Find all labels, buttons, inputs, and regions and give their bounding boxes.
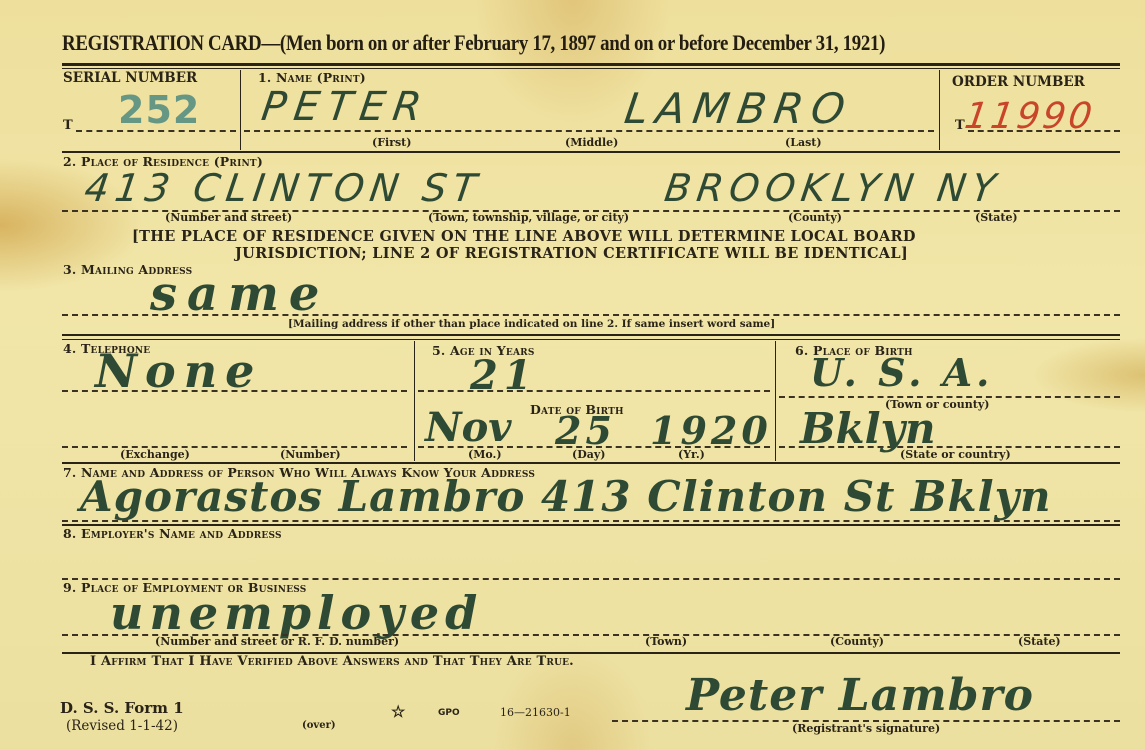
caption-middle: (Middle) <box>565 136 618 149</box>
residence-town-value: BROOKLYN NY <box>662 166 1004 210</box>
caption-exchange: (Exchange) <box>120 448 190 461</box>
employment-value: unemployed <box>110 586 483 640</box>
divider <box>414 341 415 461</box>
caption-state: (State) <box>975 211 1018 224</box>
print-code: 16—21630-1 <box>500 706 571 719</box>
caption-day: (Day) <box>572 448 605 461</box>
divider <box>62 63 1120 66</box>
divider <box>775 341 776 461</box>
caption-last: (Last) <box>785 136 822 149</box>
divider <box>240 70 241 150</box>
card-title: REGISTRATION CARD—(Men born on or after … <box>62 30 885 56</box>
mailing-caption: [Mailing address if other than place ind… <box>288 318 775 330</box>
birthplace-state-value: Bklyn <box>800 404 936 453</box>
caption-emp-county: (County) <box>830 635 884 648</box>
divider <box>62 462 1120 464</box>
order-number-label: ORDER NUMBER <box>952 74 1085 90</box>
star-icon: ☆ <box>391 702 405 721</box>
first-name-value: PETER <box>259 84 432 130</box>
order-number-value: 11990 <box>962 96 1097 137</box>
caption-yr: (Yr.) <box>678 448 705 461</box>
gpo-mark: GPO <box>438 708 460 718</box>
last-name-value: LAMBRO <box>622 84 856 133</box>
form-number: D. S. S. Form 1 <box>60 699 184 717</box>
caption-mo: (Mo.) <box>468 448 502 461</box>
caption-state-or-country: (State or country) <box>900 448 1011 461</box>
age-value: 21 <box>470 352 538 399</box>
residence-notice-line1: [THE PLACE OF RESIDENCE GIVEN ON THE LIN… <box>132 228 916 245</box>
registration-card: REGISTRATION CARD—(Men born on or after … <box>0 0 1145 750</box>
serial-number-value: 252 <box>118 88 200 132</box>
birthplace-town-value: U. S. A. <box>810 350 993 395</box>
contact-person-value: Agorastos Lambro 413 Clinton St Bklyn <box>80 472 1052 521</box>
form-revised: (Revised 1-1-42) <box>66 718 178 734</box>
residence-street-value: 413 CLINTON ST <box>82 166 485 210</box>
caption-emp-town: (Town) <box>645 635 687 648</box>
divider <box>939 70 940 150</box>
affirmation-text: I Affirm That I Have Verified Above Answ… <box>90 654 574 669</box>
caption-street-rfd: (Number and street or R. F. D. number) <box>155 635 399 648</box>
caption-emp-state: (State) <box>1018 635 1061 648</box>
divider <box>62 68 1120 69</box>
dob-year-value: 1920 <box>650 408 772 453</box>
divider <box>62 151 1120 153</box>
caption-street: (Number and street) <box>165 211 292 224</box>
divider <box>62 334 1120 336</box>
serial-prefix: T <box>63 118 73 133</box>
telephone-line-2 <box>62 446 407 448</box>
caption-town: (Town, township, village, or city) <box>428 211 629 224</box>
serial-number-label: SERIAL NUMBER <box>63 70 197 86</box>
over-note: (over) <box>302 720 336 731</box>
telephone-value: None <box>95 344 262 398</box>
caption-county: (County) <box>788 211 842 224</box>
signature-caption: (Registrant's signature) <box>792 722 940 735</box>
caption-number: (Number) <box>280 448 341 461</box>
divider <box>62 339 1120 340</box>
residence-notice-line2: JURISDICTION; LINE 2 OF REGISTRATION CER… <box>235 245 908 262</box>
dob-day-value: 25 <box>555 408 616 453</box>
employer-label: 8. Employer's Name and Address <box>63 526 282 541</box>
dob-month-value: Nov <box>425 404 511 451</box>
mailing-address-value: same <box>150 266 329 322</box>
caption-first: (First) <box>372 136 411 149</box>
registrant-signature: Peter Lambro <box>686 670 1034 721</box>
name-label: 1. Name (Print) <box>258 70 366 85</box>
